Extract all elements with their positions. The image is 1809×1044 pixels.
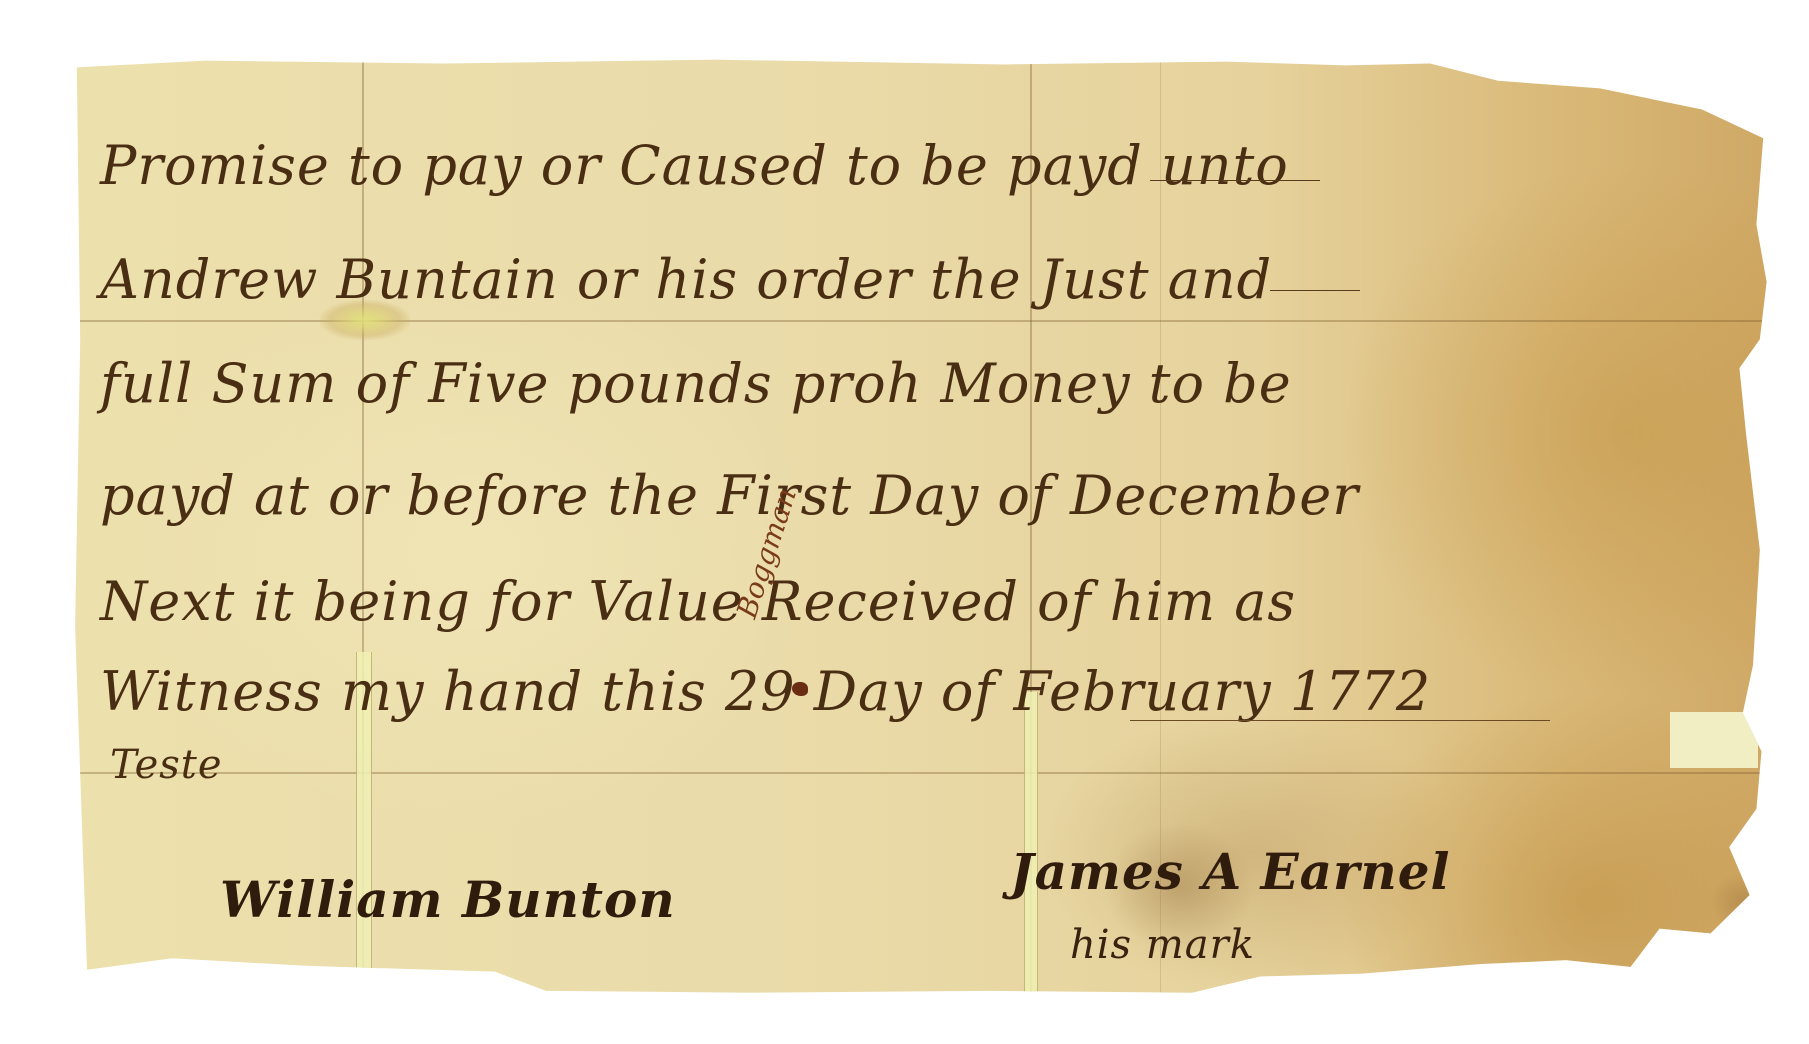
signer-mark-label: his mark [1070,922,1255,968]
note-line-3: full Sum of Five pounds proh Money to be [100,352,1292,415]
ink-blot [792,682,808,696]
paper-document: Promise to pay or Caused to be payd unto… [70,52,1770,1010]
note-line-2: Andrew Buntain or his order the Just and [100,248,1272,311]
note-line-6: Witness my hand this 29 Day of February … [100,660,1431,723]
line-filler-dash-1 [1150,180,1320,181]
line-filler-dash-2 [1270,290,1360,291]
witness-label: Teste [110,742,223,788]
edge-stain [1710,872,1780,932]
tape-repair-right-edge [1670,712,1758,768]
note-line-1: Promise to pay or Caused to be payd unto [100,134,1289,197]
note-line-5: Next it being for Value Received of him … [100,570,1296,633]
scan-canvas: Promise to pay or Caused to be payd unto… [0,0,1809,1044]
witness-signature: William Bunton [220,870,676,929]
date-underline [1130,720,1550,721]
fold-line-horizontal-bottom [70,772,1770,774]
note-line-4: payd at or before the First Day of Decem… [100,464,1359,527]
signer-signature: James A Earnel [1010,842,1451,901]
